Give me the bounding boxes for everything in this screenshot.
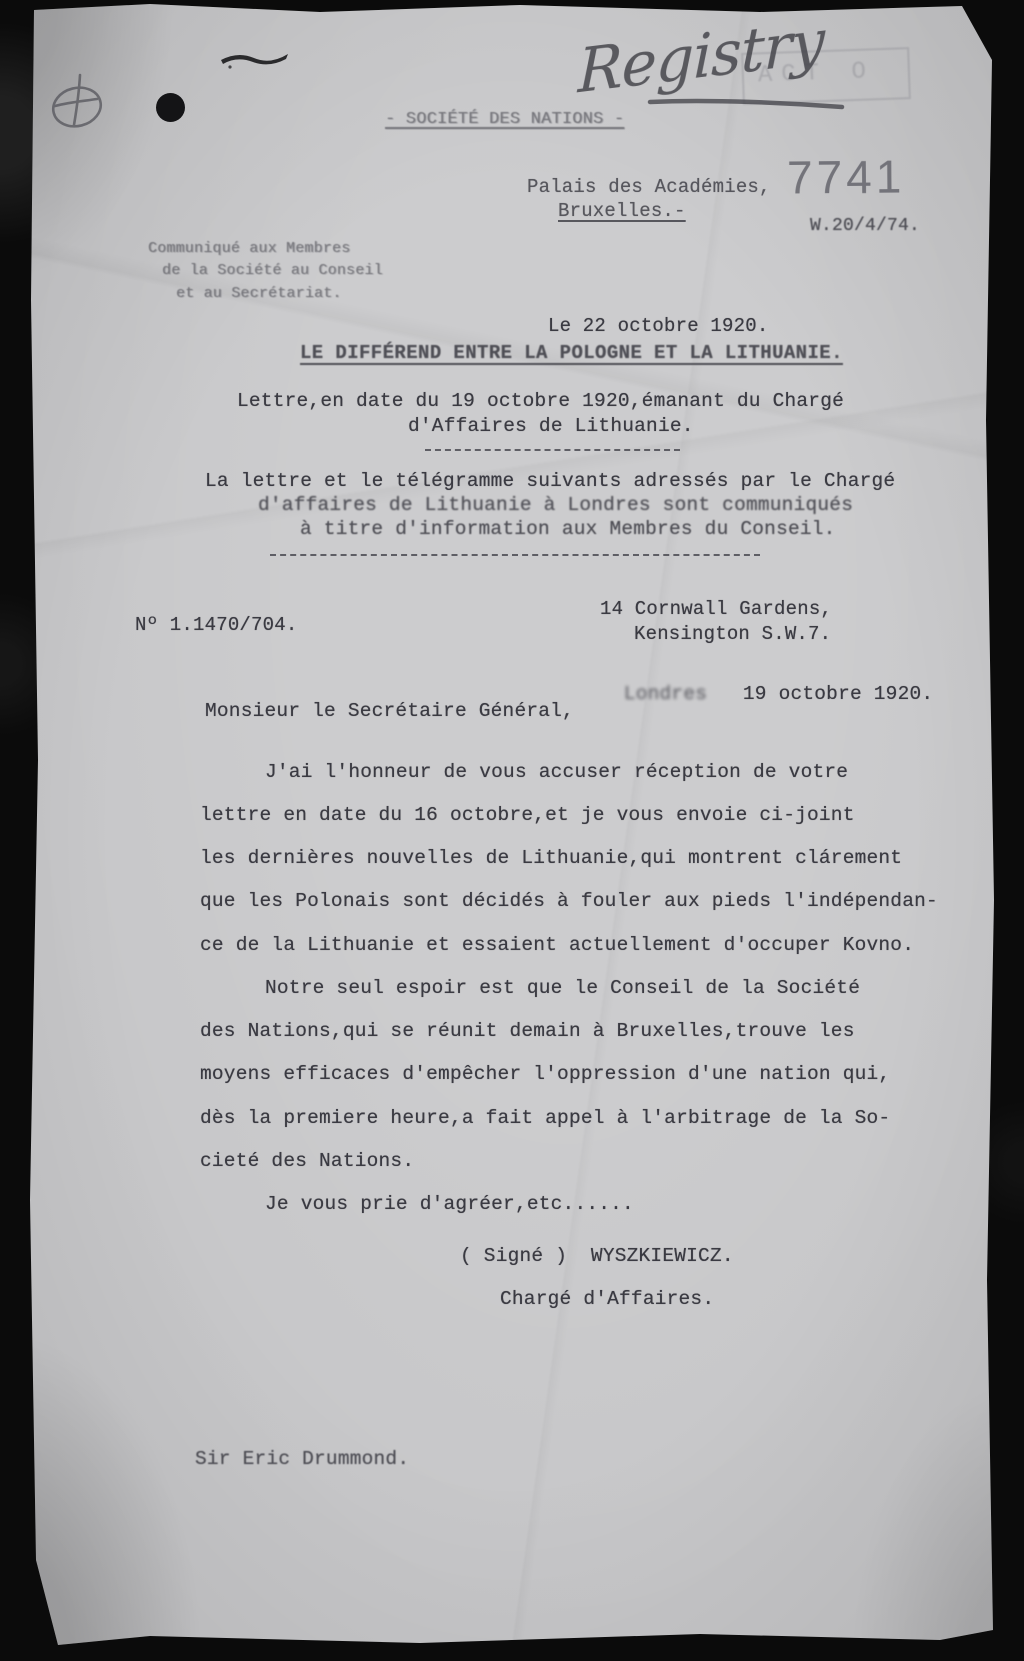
sender-address-line-1: 14 Cornwall Gardens,: [600, 598, 832, 620]
distribution-line-1: Communiqué aux Membres: [148, 240, 350, 258]
body-line: que les Polonais sont décidés à fouler a…: [200, 890, 938, 913]
letter-place-smudged: Londres: [624, 683, 707, 705]
file-reference: W.20/4/74.: [810, 216, 920, 237]
long-dashed-divider: [270, 554, 760, 556]
letter-date: 19 octobre 1920.: [743, 683, 933, 705]
note-line-1: La lettre et le télégramme suivants adre…: [205, 470, 895, 493]
pencil-circled-cross-mark: [48, 68, 108, 138]
distribution-line-2: de la Société au Conseil: [162, 262, 383, 280]
addressee: Sir Eric Drummond.: [195, 1448, 409, 1471]
body-line: Notre seul espoir est que le Conseil de …: [265, 977, 860, 1000]
document-title: LE DIFFÉREND ENTRE LA POLOGNE ET LA LITH…: [300, 342, 843, 364]
body-line: dès la premiere heure,a fait appel à l'a…: [200, 1107, 890, 1130]
body-line: lettre en date du 16 octobre,et je vous …: [200, 804, 855, 827]
date-line: Le 22 octobre 1920.: [548, 315, 768, 337]
body-line: moyens efficaces d'empêcher l'oppression…: [200, 1063, 890, 1086]
letter-dateline: Londres 19 octobre 1920.: [600, 660, 933, 706]
signature-line: ( Signé ) WYSZKIEWICZ.: [460, 1245, 734, 1268]
address-line-1: Palais des Académies,: [527, 176, 771, 198]
body-line: ce de la Lithuanie et essaient actuellem…: [200, 934, 914, 957]
address-line-2: Bruxelles.-: [558, 200, 686, 222]
body-line: Je vous prie d'agréer,etc......: [265, 1193, 634, 1216]
registry-number-stamp: 7741: [787, 149, 906, 204]
registry-underline: [640, 88, 850, 114]
note-line-3: à titre d'information aux Membres du Con…: [300, 518, 836, 541]
note-line-2: d'affaires de Lithuanie à Londres sont c…: [258, 494, 853, 517]
salutation: Monsieur le Secrétaire Général,: [205, 700, 574, 723]
body-line: des Nations,qui se réunit demain à Bruxe…: [200, 1020, 855, 1043]
punch-hole: [156, 93, 185, 122]
reference-number: Nº 1.1470/704.: [135, 614, 297, 636]
short-dashed-divider: [425, 449, 680, 451]
distribution-line-3: et au Secrétariat.: [176, 285, 342, 303]
signature-title: Chargé d'Affaires.: [500, 1288, 714, 1311]
subtitle-line-1: Lettre,en date du 19 octobre 1920,émanan…: [237, 390, 844, 413]
sender-address-line-2: Kensington S.W.7.: [634, 623, 831, 645]
body-line: les dernières nouvelles de Lithuanie,qui…: [200, 847, 902, 870]
body-line: cieté des Nations.: [200, 1150, 414, 1173]
ink-smudge-mark: [220, 46, 292, 72]
org-header: - SOCIÉTÉ DES NATIONS -: [385, 110, 624, 130]
body-line: J'ai l'honneur de vous accuser réception…: [265, 761, 848, 784]
subtitle-line-2: d'Affaires de Lithuanie.: [408, 415, 694, 438]
